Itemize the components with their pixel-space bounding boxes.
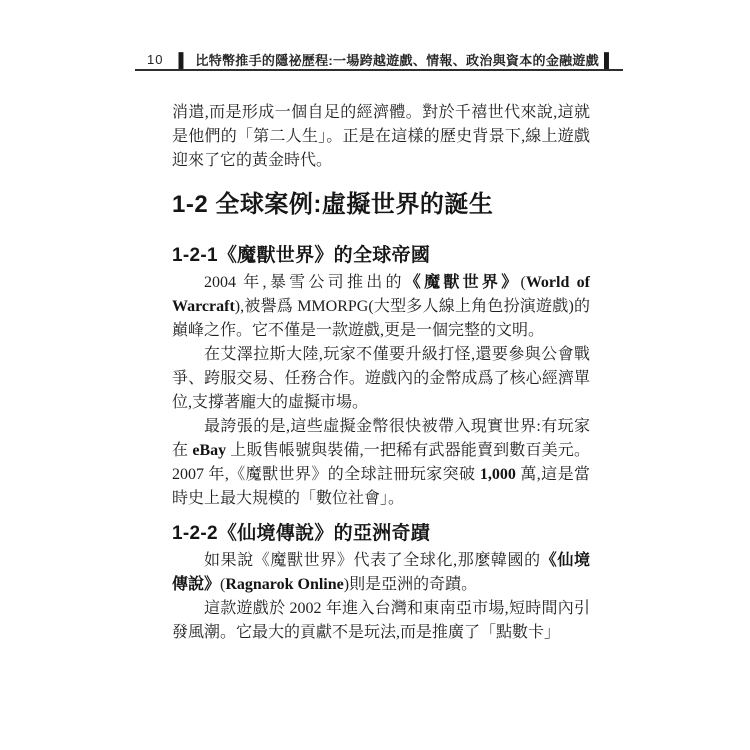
para-wow-intro: 2004 年,暴雪公司推出的《魔獸世界》(World of Warcraft),… (172, 271, 590, 343)
bold-term: 1,000 (480, 466, 516, 483)
header-bar-left-icon: ▌ (178, 53, 188, 67)
bold-term: eBay (192, 442, 226, 459)
text-run: )則是亞洲的奇蹟。 (344, 576, 477, 593)
heading-1-2: 1-2 全球案例:虛擬世界的誕生 (172, 191, 590, 219)
running-head-title: 比特幣推手的隱祕歷程:一場跨越遊戲、情報、政治與資本的金融遊戲 (195, 50, 599, 69)
header-rule (135, 69, 623, 71)
page-header: 10 ▌ 比特幣推手的隱祕歷程:一場跨越遊戲、情報、政治與資本的金融遊戲 ▌ (135, 50, 625, 69)
para-ebay-economy: 最誇張的是,這些虛擬金幣很快被帶入現實世界:有玩家在 eBay 上販售帳號與裝備… (172, 415, 590, 511)
text-run: ),被譽爲 MMORPG(大型多人線上角色扮演遊戲)的巔峰之作。它不僅是一款遊戲… (172, 298, 590, 339)
bold-term: 《魔獸世界》 (405, 274, 521, 291)
bold-term: Ragnarok Online (225, 576, 343, 593)
para-ragnarok-intro: 如果說《魔獸世界》代表了全球化,那麼韓國的《仙境傳說》(Ragnarok Onl… (172, 549, 590, 597)
heading-1-2-1: 1-2-1《魔獸世界》的全球帝國 (172, 244, 590, 268)
para-ragnarok-taiwan: 這款遊戲於 2002 年進入台灣和東南亞市場,短時間內引發風潮。它最大的貢獻不是… (172, 597, 590, 645)
text-run: 如果說《魔獸世界》代表了全球化,那麼韓國的 (204, 552, 541, 569)
page-content: 消遣,而是形成一個自足的經濟體。對於千禧世代來說,這就是他們的「第二人生」。正是… (172, 101, 590, 645)
header-bar-right-icon: ▌ (604, 53, 614, 67)
para-azeroth: 在艾澤拉斯大陸,玩家不僅要升級打怪,還要參與公會戰爭、跨服交易、任務合作。遊戲內… (172, 343, 590, 415)
text-run: 消遣,而是形成一個自足的經濟體。對於千禧世代來說,這就是他們的「第二人生」。正是… (172, 104, 590, 169)
text-run: 在艾澤拉斯大陸,玩家不僅要升級打怪,還要參與公會戰爭、跨服交易、任務合作。遊戲內… (172, 346, 590, 411)
heading-1-2-2: 1-2-2《仙境傳說》的亞洲奇蹟 (172, 522, 590, 546)
para-golden-age: 消遣,而是形成一個自足的經濟體。對於千禧世代來說,這就是他們的「第二人生」。正是… (172, 101, 590, 173)
text-run: 這款遊戲於 2002 年進入台灣和東南亞市場,短時間內引發風潮。它最大的貢獻不是… (172, 600, 590, 641)
text-run: 2004 年,暴雪公司推出的 (204, 274, 405, 291)
page-number: 10 (135, 52, 163, 67)
book-page: 10 ▌ 比特幣推手的隱祕歷程:一場跨越遊戲、情報、政治與資本的金融遊戲 ▌ 消… (0, 0, 750, 750)
